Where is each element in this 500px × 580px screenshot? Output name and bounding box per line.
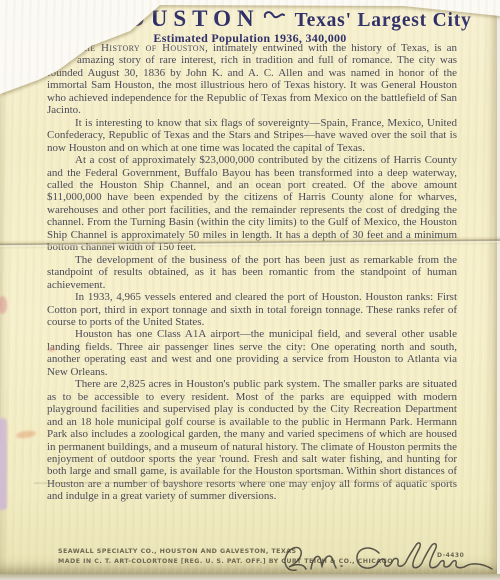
paper-bottom-edge [0,574,500,580]
title-tagline: Texas' Largest City [295,10,472,31]
paragraph-history: The History of Houston, intimately entwi… [47,42,457,117]
paragraph-lead-smallcaps: The History of Houston [77,42,205,54]
body-text: The History of Houston, intimately entwi… [47,42,457,503]
paragraph-parks-climate: There are 2,825 acres in Houston's publi… [47,378,457,503]
paragraph-vessels-ranks: In 1933, 4,965 vessels entered and clear… [47,291,457,328]
dropcap-hidden-area [47,42,77,66]
paragraph-ship-channel: At a cost of approximately $23,000,000 c… [47,154,457,254]
paragraph-six-flags: It is interesting to know that six flags… [47,117,457,154]
swash-icon [262,9,286,27]
title-city-name: HOUSTON [103,6,260,31]
scanned-document-page: HOUSTONTexas' Largest City Estimated Pop… [0,0,500,580]
publisher-line: SEAWALL SPECIALTY CO., HOUSTON AND GALVE… [58,548,296,555]
document-title: HOUSTONTexas' Largest City [103,6,472,32]
paragraph-airport: Houston has one Class A1A airport—the mu… [47,328,457,378]
paragraph-port-development: The development of the business of the p… [47,254,457,291]
